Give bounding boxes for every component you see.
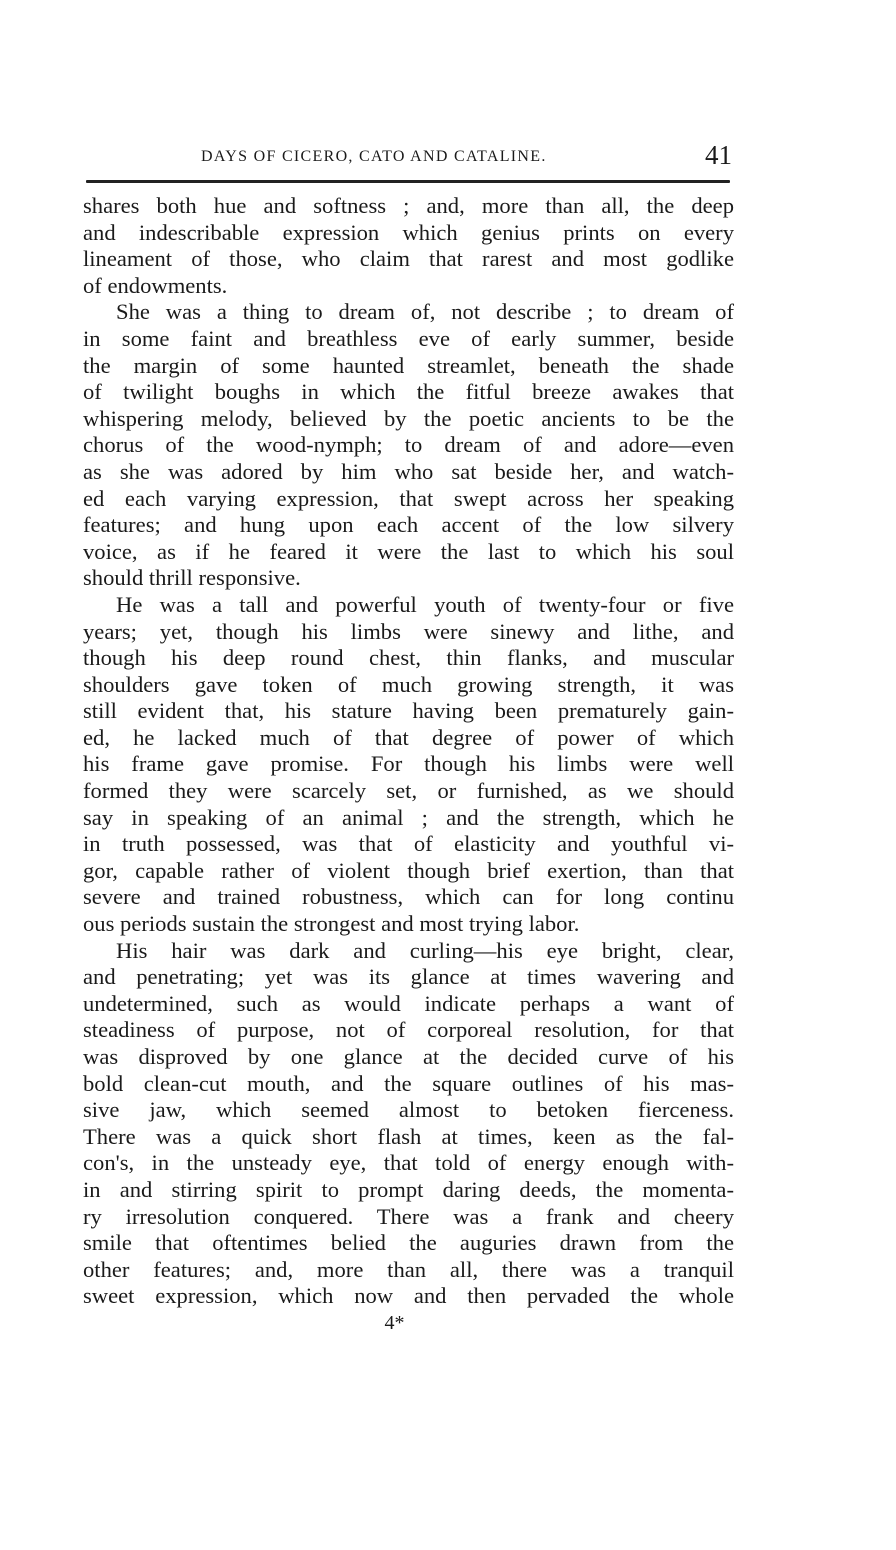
text-line: formed they were scarcely set, or furnis… xyxy=(83,778,734,805)
text-line: sive jaw, which seemed almost to betoken… xyxy=(83,1097,734,1124)
running-head: DAYS OF CICERO, CATO AND CATALINE. 41 xyxy=(83,140,734,176)
header-rule xyxy=(86,180,730,183)
text-line: his frame gave promise. For though his l… xyxy=(83,751,734,778)
text-line: still evident that, his stature having b… xyxy=(83,698,734,725)
text-line: the margin of some haunted streamlet, be… xyxy=(83,353,734,380)
text-line: other features; and, more than all, ther… xyxy=(83,1257,734,1284)
text-line: in and stirring spirit to prompt daring … xyxy=(83,1177,734,1204)
text-line: There was a quick short flash at times, … xyxy=(83,1124,734,1151)
text-line: ed each varying expression, that swept a… xyxy=(83,486,734,513)
text-line: sweet expression, which now and then per… xyxy=(83,1283,734,1310)
text-line: His hair was dark and curling—his eye br… xyxy=(83,938,734,965)
text-line: though his deep round chest, thin flanks… xyxy=(83,645,734,672)
text-line: and indescribable expression which geniu… xyxy=(83,220,734,247)
text-line: con's, in the unsteady eye, that told of… xyxy=(83,1150,734,1177)
paragraph: shares both hue and softness ; and, more… xyxy=(83,193,734,299)
text-line: as she was adored by him who sat beside … xyxy=(83,459,734,486)
text-line: should thrill responsive. xyxy=(83,565,734,592)
text-line: steadiness of purpose, not of corporeal … xyxy=(83,1017,734,1044)
text-line: bold clean-cut mouth, and the square out… xyxy=(83,1071,734,1098)
text-line: features; and hung upon each accent of t… xyxy=(83,512,734,539)
text-line: chorus of the wood-nymph; to dream of an… xyxy=(83,432,734,459)
text-line: undetermined, such as would indicate per… xyxy=(83,991,734,1018)
text-line: severe and trained robustness, which can… xyxy=(83,884,734,911)
text-line: shares both hue and softness ; and, more… xyxy=(83,193,734,220)
text-line: years; yet, though his limbs were sinewy… xyxy=(83,619,734,646)
text-line: smile that oftentimes belied the augurie… xyxy=(83,1230,734,1257)
text-line: in truth possessed, was that of elastici… xyxy=(83,831,734,858)
text-line: voice, as if he feared it were the last … xyxy=(83,539,734,566)
text-line: of twilight boughs in which the fitful b… xyxy=(83,379,734,406)
paragraph: He was a tall and powerful youth of twen… xyxy=(83,592,734,938)
book-page: DAYS OF CICERO, CATO AND CATALINE. 41 sh… xyxy=(83,140,734,1335)
text-line: ed, he lacked much of that degree of pow… xyxy=(83,725,734,752)
text-line: She was a thing to dream of, not describ… xyxy=(83,299,734,326)
body-text: shares both hue and softness ; and, more… xyxy=(83,193,734,1310)
text-line: in some faint and breathless eve of earl… xyxy=(83,326,734,353)
page-number: 41 xyxy=(705,140,732,171)
paragraph: His hair was dark and curling—his eye br… xyxy=(83,938,734,1310)
text-line: gor, capable rather of violent though br… xyxy=(83,858,734,885)
signature-mark: 4* xyxy=(83,1312,734,1335)
text-line: and penetrating; yet was its glance at t… xyxy=(83,964,734,991)
text-line: lineament of those, who claim that rares… xyxy=(83,246,734,273)
paragraph: She was a thing to dream of, not describ… xyxy=(83,299,734,592)
text-line: whispering melody, believed by the poeti… xyxy=(83,406,734,433)
text-line: of endowments. xyxy=(83,273,734,300)
text-line: shoulders gave token of much growing str… xyxy=(83,672,734,699)
text-line: ry irresolution conquered. There was a f… xyxy=(83,1204,734,1231)
text-line: He was a tall and powerful youth of twen… xyxy=(83,592,734,619)
text-line: say in speaking of an animal ; and the s… xyxy=(83,805,734,832)
text-line: ous periods sustain the strongest and mo… xyxy=(83,911,734,938)
running-head-title: DAYS OF CICERO, CATO AND CATALINE. xyxy=(201,148,547,166)
text-line: was disproved by one glance at the decid… xyxy=(83,1044,734,1071)
